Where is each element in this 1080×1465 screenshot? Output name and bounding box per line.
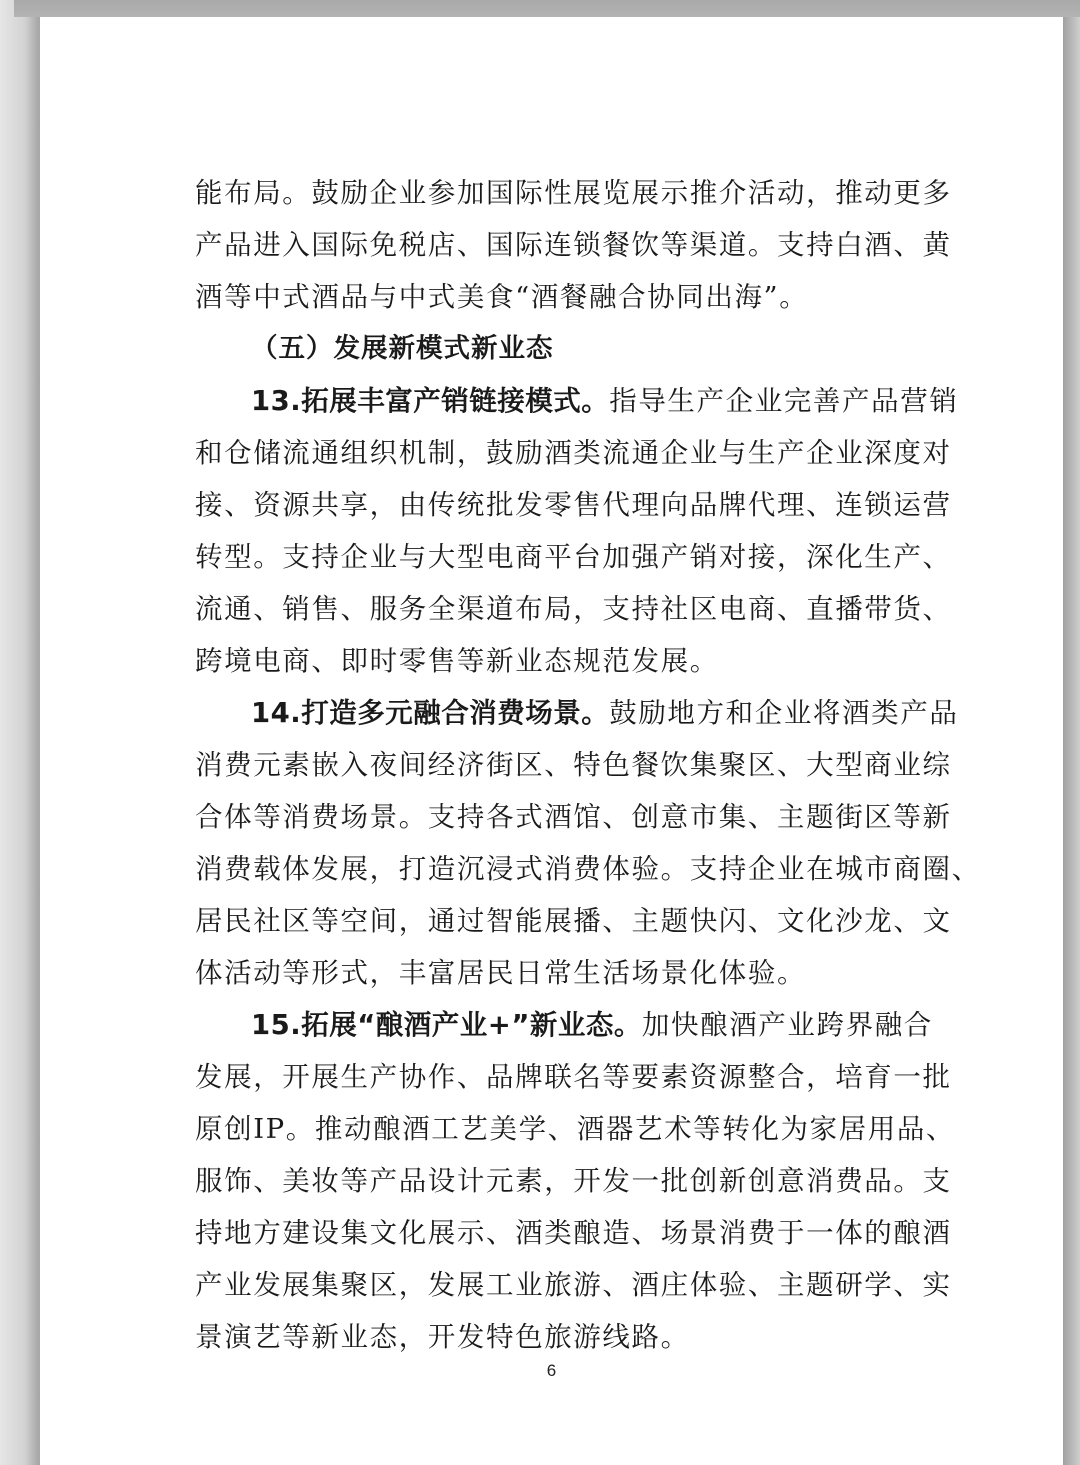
text-line: 转型。支持企业与大型电商平台加强产销对接，深化生产、 — [195, 531, 907, 583]
document-page: 能布局。鼓励企业参加国际性展览展示推介活动，推动更多 产品进入国际免税店、国际连… — [40, 17, 1063, 1465]
text-line: 合体等消费场景。支持各式酒馆、创意市集、主题街区等新 — [195, 791, 907, 843]
item-14-paragraph: 14.打造多元融合消费场景。鼓励地方和企业将酒类产品 消费元素嵌入夜间经济街区、… — [195, 687, 907, 999]
item-15-lead: 15.拓展“酿酒产业+”新业态。 — [251, 1009, 642, 1041]
page-content: 能布局。鼓励企业参加国际性展览展示推介活动，推动更多 产品进入国际免税店、国际连… — [195, 167, 907, 1363]
item-13-lead: 13.拓展丰富产销链接模式。 — [251, 385, 609, 417]
item-13-paragraph: 13.拓展丰富产销链接模式。指导生产企业完善产品营销 和仓储流通组织机制，鼓励酒… — [195, 375, 907, 687]
intro-paragraph: 能布局。鼓励企业参加国际性展览展示推介活动，推动更多 产品进入国际免税店、国际连… — [195, 167, 907, 323]
text-line: 产品进入国际免税店、国际连锁餐饮等渠道。支持白酒、黄 — [195, 219, 907, 271]
item-15-first-line: 加快酿酒产业跨界融合 — [642, 1009, 933, 1041]
text-line: 酒等中式酒品与中式美食“酒餐融合协同出海”。 — [195, 271, 907, 323]
text-line: 产业发展集聚区，发展工业旅游、酒庄体验、主题研学、实 — [195, 1259, 907, 1311]
text-line: 流通、销售、服务全渠道布局，支持社区电商、直播带货、 — [195, 583, 907, 635]
text-line: 和仓储流通组织机制，鼓励酒类流通企业与生产企业深度对 — [195, 427, 907, 479]
text-line: 能布局。鼓励企业参加国际性展览展示推介活动，推动更多 — [195, 167, 907, 219]
text-line: 景演艺等新业态，开发特色旅游线路。 — [195, 1311, 907, 1363]
text-line: 跨境电商、即时零售等新业态规范发展。 — [195, 635, 907, 687]
section-heading: （五）发展新模式新业态 — [195, 323, 907, 375]
viewer-top-edge — [14, 0, 1080, 17]
text-line: 消费元素嵌入夜间经济街区、特色餐饮集聚区、大型商业综 — [195, 739, 907, 791]
item-15-paragraph: 15.拓展“酿酒产业+”新业态。加快酿酒产业跨界融合 发展，开展生产协作、品牌联… — [195, 999, 907, 1363]
text-line: 原创IP。推动酿酒工艺美学、酒器艺术等转化为家居用品、 — [195, 1103, 907, 1155]
page-number: 6 — [40, 1361, 1063, 1381]
text-line: 体活动等形式，丰富居民日常生活场景化体验。 — [195, 947, 907, 999]
text-line: 接、资源共享，由传统批发零售代理向品牌代理、连锁运营 — [195, 479, 907, 531]
text-line: 消费载体发展，打造沉浸式消费体验。支持企业在城市商圈、 — [195, 843, 907, 895]
text-line: 居民社区等空间，通过智能展播、主题快闪、文化沙龙、文 — [195, 895, 907, 947]
text-line: 13.拓展丰富产销链接模式。指导生产企业完善产品营销 — [195, 375, 907, 427]
text-line: 服饰、美妆等产品设计元素，开发一批创新创意消费品。支 — [195, 1155, 907, 1207]
text-line: 持地方建设集文化展示、酒类酿造、场景消费于一体的酿酒 — [195, 1207, 907, 1259]
item-14-first-line: 鼓励地方和企业将酒类产品 — [609, 697, 958, 729]
text-line: 14.打造多元融合消费场景。鼓励地方和企业将酒类产品 — [195, 687, 907, 739]
item-13-first-line: 指导生产企业完善产品营销 — [609, 385, 958, 417]
text-line: 发展，开展生产协作、品牌联名等要素资源整合，培育一批 — [195, 1051, 907, 1103]
text-line: 15.拓展“酿酒产业+”新业态。加快酿酒产业跨界融合 — [195, 999, 907, 1051]
item-14-lead: 14.打造多元融合消费场景。 — [251, 697, 609, 729]
